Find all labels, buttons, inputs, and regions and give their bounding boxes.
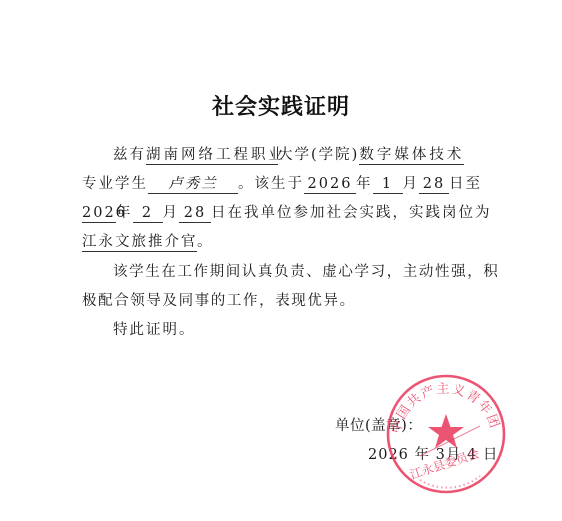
document-title: 社会实践证明 (0, 90, 562, 121)
paragraph1-line1: 兹有湖南网络工程职业大学(学院)数字媒体技术 (113, 145, 464, 165)
prefix-text: 兹有 (113, 147, 146, 163)
date-year-label: 年 (415, 447, 431, 463)
year-label: 年 (116, 205, 133, 221)
issue-date: 2026 年 3月 4 日 (368, 445, 498, 465)
major-name: 数字媒体技术 (359, 147, 464, 165)
practice-position: 江永文旅推介官 (82, 234, 197, 252)
mid-text: 。该生于 (238, 176, 304, 192)
end-month: 2 (133, 205, 163, 223)
date-year: 2026 (368, 447, 409, 463)
student-name: 卢秀兰 (148, 176, 238, 194)
year-label: 年 (356, 176, 373, 192)
school-name: 湖南网络工程职业 (146, 147, 278, 165)
date-day-label: 日 (483, 447, 499, 463)
paragraph2-line2: 极配合领导及同事的工作，表现优异。 (82, 291, 356, 311)
star-icon (428, 414, 464, 448)
major-suffix: 专业学生 (82, 176, 148, 192)
paragraph1-line3: 2026年2月28日在我单位参加社会实践，实践岗位为 (82, 203, 492, 223)
signature-label: 单位(盖章)： (335, 416, 422, 436)
date-month: 3 (436, 447, 446, 463)
start-day: 28 (419, 176, 449, 194)
month-label: 月 (163, 205, 180, 221)
end-year: 2026 (82, 205, 116, 223)
start-year: 2026 (304, 176, 356, 194)
paragraph1-line2: 专业学生卢秀兰。该生于2026年1月28日至 (82, 174, 482, 194)
practice-text: 日在我单位参加社会实践，实践岗位为 (211, 205, 492, 221)
end-day: 28 (179, 205, 211, 223)
paragraph2-line1: 该学生在工作期间认真负责、虚心学习，主动性强，积 (113, 262, 499, 282)
day-to-label: 日至 (449, 176, 482, 192)
paragraph1-line4: 江永文旅推介官。 (82, 232, 214, 252)
period: 。 (197, 234, 214, 250)
date-day: 4 (467, 447, 477, 463)
month-label: 月 (403, 176, 420, 192)
date-month-label: 月 (446, 447, 462, 463)
seal-serial-number (420, 476, 480, 488)
start-month: 1 (373, 176, 403, 194)
school-suffix: 大学(学院) (278, 147, 359, 163)
closing-text: 特此证明。 (113, 320, 196, 340)
